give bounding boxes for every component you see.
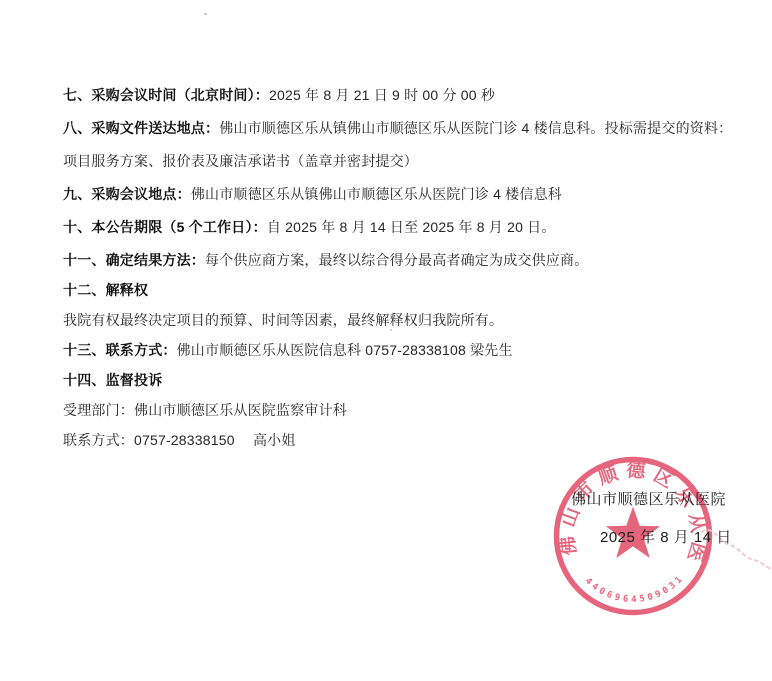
document-line: 九、采购会议地点：佛山市顺德区乐从镇佛山市顺德区乐从医院门诊 4 楼信息科 bbox=[63, 184, 723, 204]
line-regular-text: 佛山市顺德区乐从镇佛山市顺德区乐从医院门诊 4 楼信息科 bbox=[191, 186, 562, 202]
line-regular-text: 我院有权最终决定项目的预算、时间等因素，最终解释权归我院所有。 bbox=[63, 312, 503, 328]
announcement-text-block: 七、采购会议时间（北京时间）：2025 年 8 月 21 日 9 时 00 分 … bbox=[63, 85, 723, 460]
document-line: 八、采购文件送达地点：佛山市顺德区乐从镇佛山市顺德区乐从医院门诊 4 楼信息科。… bbox=[63, 118, 723, 138]
line-bold-text: 十一、确定结果方法： bbox=[63, 252, 205, 268]
line-regular-text: 佛山市顺德区乐从镇佛山市顺德区乐从医院门诊 4 楼信息科。投标需提交的资料： bbox=[219, 120, 732, 136]
document-line: 十一、确定结果方法：每个供应商方案，最终以综合得分最高者确定为成交供应商。 bbox=[63, 250, 723, 270]
document-line: 我院有权最终决定项目的预算、时间等因素，最终解释权归我院所有。 bbox=[63, 310, 723, 330]
document-line: 十、本公告期限（5 个工作日）：自 2025 年 8 月 14 日至 2025 … bbox=[63, 217, 723, 237]
document-line: 七、采购会议时间（北京时间）：2025 年 8 月 21 日 9 时 00 分 … bbox=[63, 85, 723, 105]
document-line: 十三、联系方式：佛山市顺德区乐从医院信息科 0757-28338108 梁先生 bbox=[63, 340, 723, 360]
line-bold-text: 九、采购会议地点： bbox=[63, 186, 191, 202]
document-line: 十四、监督投诉 bbox=[63, 370, 723, 390]
document-page: 七、采购会议时间（北京时间）：2025 年 8 月 21 日 9 时 00 分 … bbox=[0, 0, 772, 681]
document-line: 联系方式：0757-28338150 高小姐 bbox=[63, 430, 723, 450]
document-line: 十二、解释权 bbox=[63, 280, 723, 300]
signature-org: 佛山市顺德区乐从医院 bbox=[571, 488, 726, 509]
line-regular-text: 自 2025 年 8 月 14 日至 2025 年 8 月 20 日。 bbox=[267, 219, 556, 235]
line-regular-text: 受理部门：佛山市顺德区乐从医院监察审计科 bbox=[63, 402, 347, 418]
line-regular-text: 联系方式：0757-28338150 高小姐 bbox=[63, 432, 296, 448]
document-line: 受理部门：佛山市顺德区乐从医院监察审计科 bbox=[63, 400, 723, 420]
line-regular-text: 佛山市顺德区乐从医院信息科 0757-28338108 梁先生 bbox=[177, 342, 513, 358]
line-bold-text: 八、采购文件送达地点： bbox=[63, 120, 219, 136]
scan-speck bbox=[204, 13, 207, 15]
line-bold-text: 十四、监督投诉 bbox=[63, 372, 162, 388]
line-regular-text: 项目服务方案、报价表及廉洁承诺书（盖章并密封提交） bbox=[63, 153, 418, 169]
seal-ring-text: 佛山市顺德区乐从医院 bbox=[545, 448, 710, 571]
line-bold-text: 十二、解释权 bbox=[63, 282, 148, 298]
scan-speck bbox=[390, 329, 392, 331]
line-bold-text: 十、本公告期限（5 个工作日）： bbox=[63, 219, 267, 235]
line-bold-text: 七、采购会议时间（北京时间）： bbox=[63, 87, 269, 103]
line-bold-text: 十三、联系方式： bbox=[63, 342, 177, 358]
line-regular-text: 每个供应商方案，最终以综合得分最高者确定为成交供应商。 bbox=[205, 252, 588, 268]
line-regular-text: 2025 年 8 月 21 日 9 时 00 分 00 秒 bbox=[269, 87, 495, 103]
document-line: 项目服务方案、报价表及廉洁承诺书（盖章并密封提交） bbox=[63, 151, 723, 171]
signature-date: 2025 年 8 月 14 日 bbox=[600, 526, 732, 547]
